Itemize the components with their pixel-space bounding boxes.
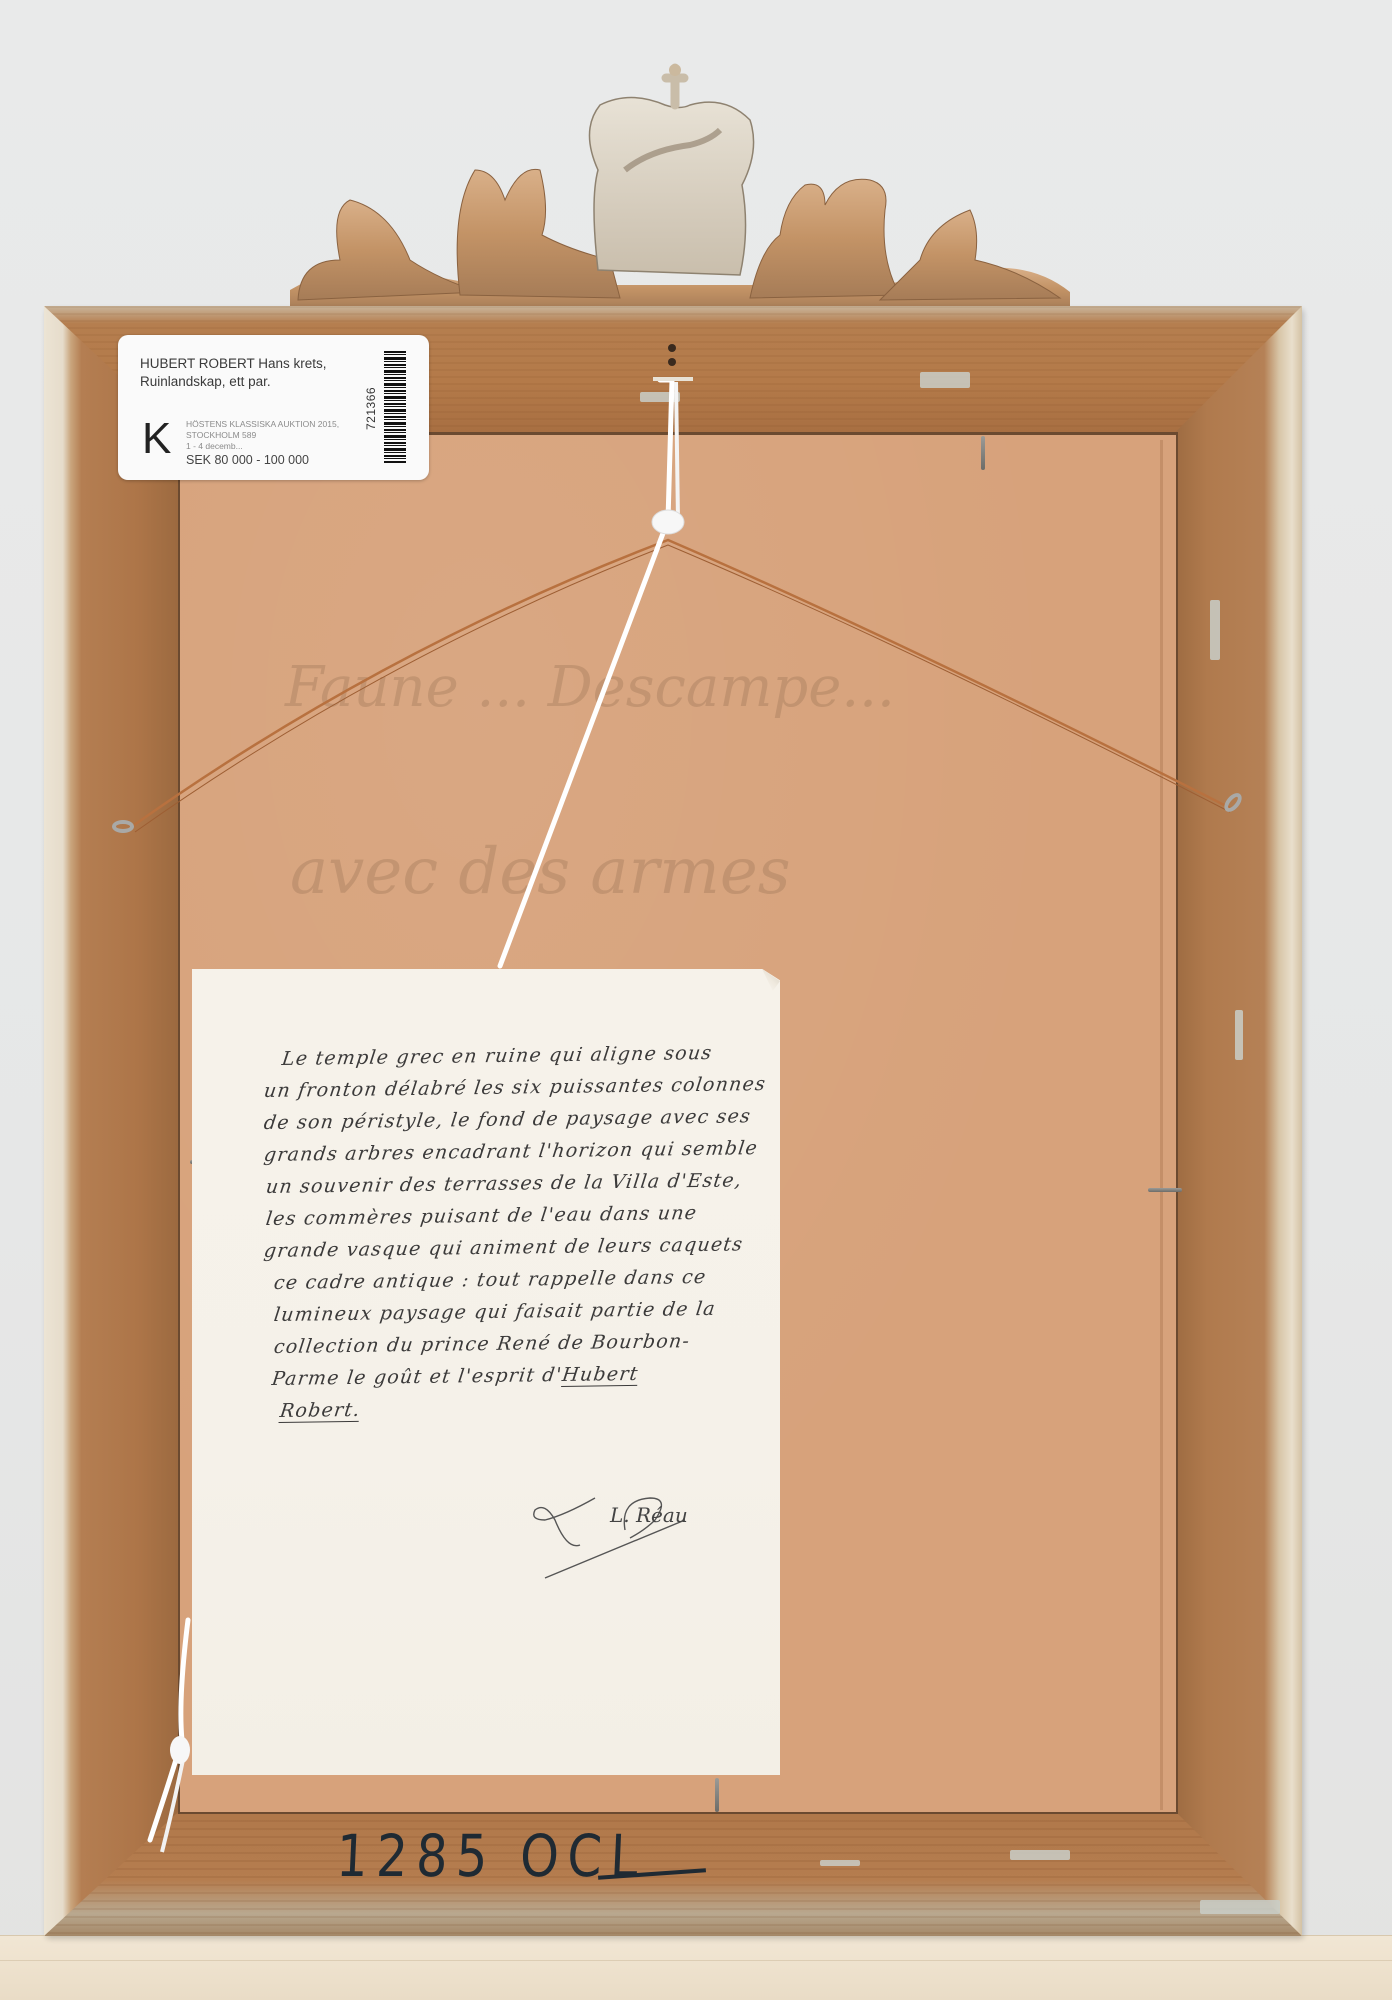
nail xyxy=(1148,1188,1182,1192)
label-estimate: SEK 80 000 - 100 000 xyxy=(186,453,309,467)
nail xyxy=(715,1778,719,1812)
label-title-line1: HUBERT ROBERT Hans krets, xyxy=(140,355,370,373)
letter-line: Le temple grec en ruine qui aligne sous xyxy=(281,1042,714,1070)
letter-line: grands arbres encadrant l'horizon qui se… xyxy=(263,1137,760,1166)
label-location: STOCKHOLM 589 xyxy=(186,430,366,441)
letter-line: de son péristyle, le fond de paysage ave… xyxy=(263,1105,753,1134)
auction-house-logo: K xyxy=(142,417,171,461)
nail xyxy=(981,436,985,470)
letter-underlined-name: Robert. xyxy=(278,1399,361,1423)
label-sale-name: HÖSTENS KLASSISKA AUKTION 2015, xyxy=(186,419,366,430)
label-lot-id: 721366 xyxy=(364,387,378,430)
letter-line: collection du prince René de Bourbon- xyxy=(273,1330,692,1358)
left-screw-eye xyxy=(112,820,134,833)
auction-label: HUBERT ROBERT Hans krets, Ruinlandskap, … xyxy=(118,335,429,480)
letter-line-text: Parme le goût et l'esprit d' xyxy=(271,1364,564,1390)
letter-line: grande vasque qui animent de leurs caque… xyxy=(263,1233,745,1262)
letter-line: ce cadre antique : tout rappelle dans ce xyxy=(273,1266,708,1294)
letter-line: lumineux paysage qui faisait partie de l… xyxy=(273,1298,718,1326)
label-dates: 1 - 4 decemb... xyxy=(186,441,366,452)
label-title-line2: Ruinlandskap, ett par. xyxy=(140,373,370,391)
barcode-icon xyxy=(384,351,406,463)
letter-line: un fronton délabré les six puissantes co… xyxy=(263,1073,768,1102)
letter-line: un souvenir des terrasses de la Villa d'… xyxy=(265,1169,744,1198)
letter-underlined-name: Hubert xyxy=(561,1363,640,1387)
letter-text: Le temple grec en ruine qui aligne sous … xyxy=(272,1048,772,1488)
letter-line: les commères puisant de l'eau dans une xyxy=(265,1202,699,1230)
letter-line: Parme le goût et l'esprit d'Hubert xyxy=(271,1363,640,1390)
frame-inventory-inscription: 1285 OCL xyxy=(335,1822,648,1890)
signature: L. Réau xyxy=(610,1503,688,1527)
label-title: HUBERT ROBERT Hans krets, Ruinlandskap, … xyxy=(140,355,370,391)
label-sale-info: HÖSTENS KLASSISKA AUKTION 2015, STOCKHOL… xyxy=(186,419,366,452)
letter-line: Robert. xyxy=(279,1399,362,1422)
